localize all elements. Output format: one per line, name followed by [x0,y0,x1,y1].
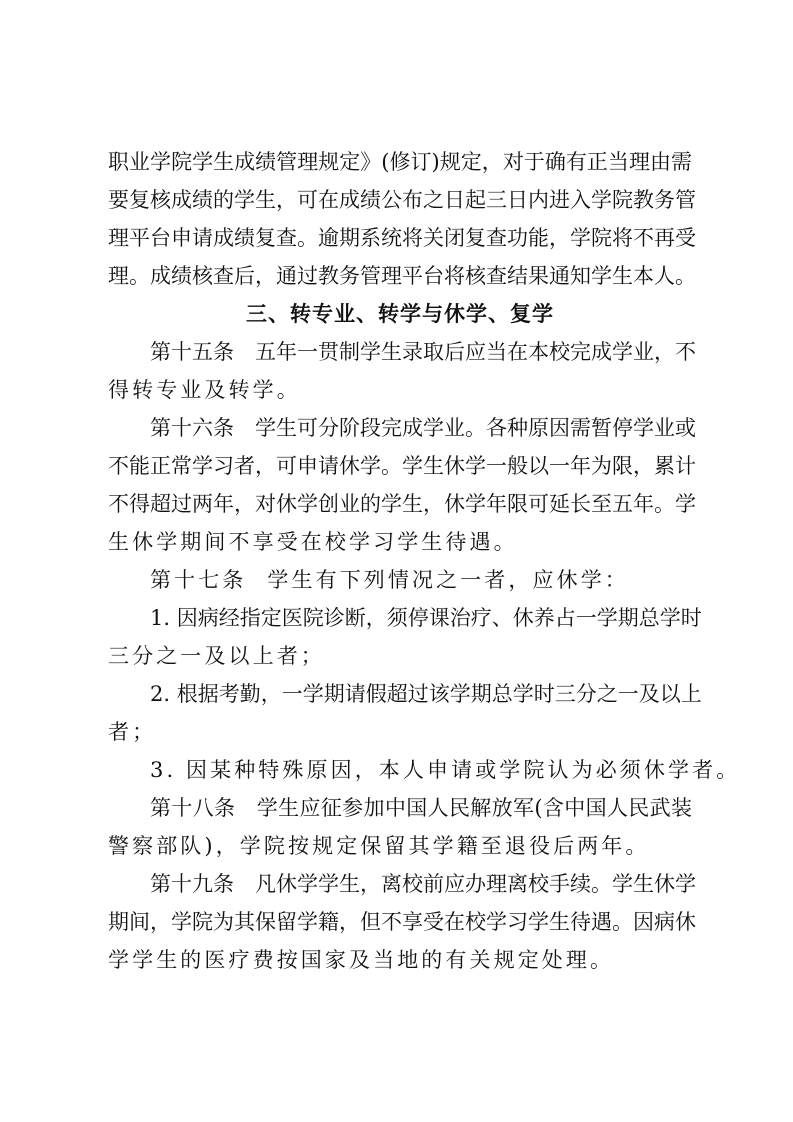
article-first-line: 第十五条五年一贯制学生录取后应当在本校完成学业，不 [108,333,692,371]
article-first-line: 第十七条学生有下列情况之一者，应休学： [108,561,692,599]
article-first-line: 第十六条学生可分阶段完成学业。各种原因需暂停学业或 [108,409,692,447]
article-text: 学生应征参加中国人民解放军(含中国人民武装 [256,796,692,820]
article-first-line: 第十八条学生应征参加中国人民解放军(含中国人民武装 [108,789,692,827]
article-19: 第十九条凡休学学生，离校前应办理离校手续。学生休学 期间，学院为其保留学籍，但不… [108,865,692,979]
paragraph-line: 不能正常学习者，可申请休学。学生休学一般以一年为限，累计 [108,447,692,485]
article-first-line: 第十九条凡休学学生，离校前应办理离校手续。学生休学 [108,865,692,903]
article-number: 第十五条 [150,340,234,364]
article-15: 第十五条五年一贯制学生录取后应当在本校完成学业，不 得转专业及转学。 [108,333,692,409]
article-number: 第十六条 [150,416,234,440]
paragraph-line: 者； [108,713,692,751]
article-16: 第十六条学生可分阶段完成学业。各种原因需暂停学业或 不能正常学习者，可申请休学。… [108,409,692,561]
section-heading: 三、转专业、转学与休学、复学 [108,295,692,333]
article-number: 第十八条 [150,796,235,820]
list-item-1: 1. 因病经指定医院诊断，须停课治疗、休养占一学期总学时 [108,599,692,637]
document-page: 职业学院学生成绩管理规定》(修订)规定，对于确有正当理由需 要复核成绩的学生，可… [108,143,692,979]
paragraph-line: 理平台申请成绩复查。逾期系统将关闭复查功能，学院将不再受 [108,219,692,257]
article-number: 第十九条 [150,872,234,896]
list-item-2: 2. 根据考勤，一学期请假超过该学期总学时三分之一及以上 [108,675,692,713]
paragraph-line: 理。成绩核查后，通过教务管理平台将核查结果通知学生本人。 [108,257,692,295]
article-text: 五年一贯制学生录取后应当在本校完成学业，不 [255,340,696,364]
paragraph-line: 期间，学院为其保留学籍，但不享受在校学习学生待遇。因病休 [108,903,692,941]
article-text: 学生可分阶段完成学业。各种原因需暂停学业或 [255,416,696,440]
paragraph-line: 得转专业及转学。 [108,371,692,409]
article-17: 第十七条学生有下列情况之一者，应休学： 1. 因病经指定医院诊断，须停课治疗、休… [108,561,692,789]
paragraph-line: 三分之一及以上者； [108,637,692,675]
article-text: 凡休学学生，离校前应办理离校手续。学生休学 [255,872,696,896]
paragraph-line: 警察部队)，学院按规定保留其学籍至退役后两年。 [108,827,692,865]
article-18: 第十八条学生应征参加中国人民解放军(含中国人民武装 警察部队)，学院按规定保留其… [108,789,692,865]
article-number: 第十七条 [150,568,246,592]
paragraph-line: 职业学院学生成绩管理规定》(修订)规定，对于确有正当理由需 [108,143,692,181]
article-text: 学生有下列情况之一者，应休学： [267,568,629,592]
paragraph-line: 生休学期间不享受在校学习学生待遇。 [108,523,692,561]
intro-paragraph: 职业学院学生成绩管理规定》(修订)规定，对于确有正当理由需 要复核成绩的学生，可… [108,143,692,295]
paragraph-line: 不得超过两年，对休学创业的学生，休学年限可延长至五年。学 [108,485,692,523]
paragraph-line: 要复核成绩的学生，可在成绩公布之日起三日内进入学院教务管 [108,181,692,219]
list-item-3: 3. 因某种特殊原因，本人申请或学院认为必须休学者。 [108,751,692,789]
paragraph-line: 学学生的医疗费按国家及当地的有关规定处理。 [108,941,692,979]
